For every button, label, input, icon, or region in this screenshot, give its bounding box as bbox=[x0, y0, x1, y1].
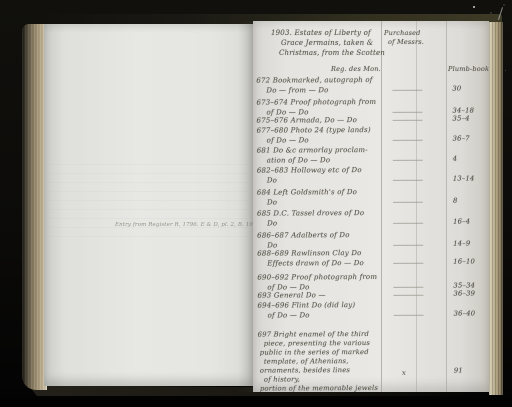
feint-ruling bbox=[50, 164, 248, 244]
entry-value: 8 bbox=[453, 196, 458, 206]
tally-dash-mark bbox=[393, 112, 423, 113]
ledger-entry: 694–696 Flint Do (did lay)of Do — Do36–4… bbox=[257, 299, 487, 320]
page-stack-texture bbox=[489, 22, 503, 395]
ledger-entry: 682–683 Holloway etc of DoDo13–14 bbox=[257, 164, 487, 185]
tally-dash-mark bbox=[393, 202, 423, 203]
entry-value: 16–4 bbox=[453, 216, 470, 226]
tally-dash-mark bbox=[393, 245, 423, 246]
entry-value: 91 bbox=[454, 366, 463, 376]
tally-dash-mark bbox=[392, 90, 422, 91]
ledger-entry: 684 Left Goldsmith's of DoDo8 bbox=[257, 186, 487, 207]
entry-value: 35–4 bbox=[453, 113, 470, 123]
ledger-entry: 688–689 Rawlinson Clay DoEffects drawn o… bbox=[257, 247, 487, 268]
dust-speck bbox=[473, 6, 475, 8]
ledger-entry: 681 Do &c armorlay proclam-ation of Do —… bbox=[257, 144, 487, 165]
entry-value: 4 bbox=[453, 154, 458, 164]
cross-mark: x bbox=[402, 368, 406, 378]
ledger-entries: 672 Bookmarked, autograph ofDo — from — … bbox=[256, 20, 488, 392]
tally-dash-mark bbox=[393, 180, 423, 181]
right-page-stack-edge bbox=[489, 22, 503, 395]
entry-value: 36–39 bbox=[453, 288, 475, 298]
left-page: Entry from Register R, 1796. E & D, pl. … bbox=[44, 24, 253, 386]
tally-dash-mark bbox=[393, 295, 423, 296]
right-page: 1903. Estates of Liberty of Grace Jermai… bbox=[253, 21, 489, 392]
tally-dash-mark bbox=[393, 223, 423, 224]
ledger-entry: 672 Bookmarked, autograph ofDo — from — … bbox=[256, 74, 486, 95]
entry-value: 16–10 bbox=[453, 256, 475, 266]
ledger-entry: 677–680 Photo 24 (type lands)of Do — Do3… bbox=[257, 124, 487, 145]
entry-value: 36–40 bbox=[454, 308, 476, 318]
ledger-photo: Entry from Register R, 1796. E & D, pl. … bbox=[0, 0, 512, 407]
tally-dash-mark bbox=[393, 263, 423, 264]
tally-dash-mark bbox=[394, 315, 424, 316]
entry-value: 13–14 bbox=[453, 173, 475, 183]
entry-value: 30 bbox=[452, 84, 461, 94]
tally-dash-mark bbox=[393, 160, 423, 161]
entry-text-line: portion of the memorable jewels bbox=[260, 383, 488, 393]
ledger-entry-paragraph: 697 Bright enamel of the thirdpiece, pre… bbox=[258, 329, 488, 393]
ledger-entry: 685 D.C. Tassel droves of DoDo16–4 bbox=[257, 207, 487, 228]
entry-value: 36–7 bbox=[453, 133, 470, 143]
tally-dash-mark bbox=[393, 140, 423, 141]
tally-dash-mark bbox=[393, 287, 423, 288]
tally-dash-mark bbox=[393, 120, 423, 121]
